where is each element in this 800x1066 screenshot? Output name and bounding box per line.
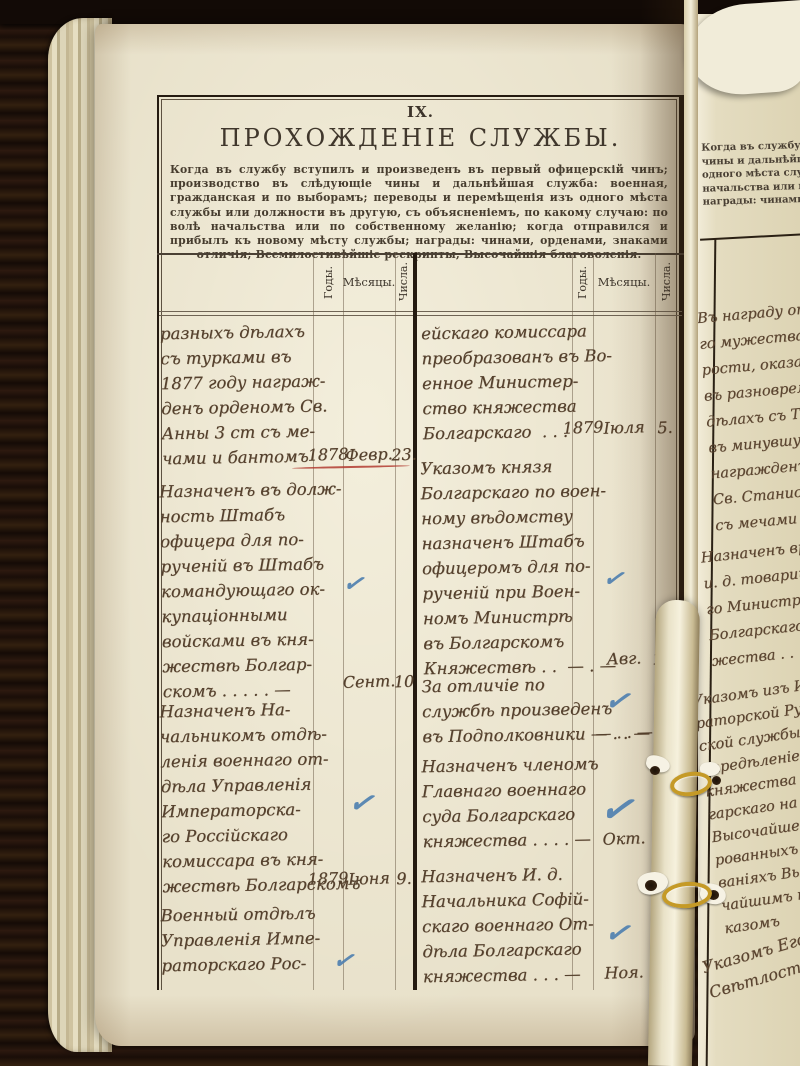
entry-text: Военный отдѣлъ Управленія Импе- раторска… xyxy=(160,901,311,979)
col-header-years: Годы. xyxy=(313,254,343,310)
entry-text: Назначенъ На- чальникомъ отдѣ- ленія вое… xyxy=(159,697,312,900)
col-header-months: Мѣсяцы. xyxy=(343,254,395,310)
entry-text: Назначенъ членомъ Главнаго военнаго суда… xyxy=(421,752,571,855)
binding-hole xyxy=(712,776,721,785)
next-page-handwriting: Назначенъ врем и. д. товарища во го Мини… xyxy=(700,531,800,675)
binding-hole xyxy=(645,880,657,891)
rolled-page-edge xyxy=(648,600,700,1066)
entry-text: За отличіе по службѣ произведенъ въ Подп… xyxy=(421,672,570,750)
entry-text: Назначенъ И. д. Начальника Софій- скаго … xyxy=(421,862,571,990)
next-page-handwriting: Въ награду отли го мужества и рости, ока… xyxy=(698,295,800,540)
entry-text: Указомъ князя Болгарскаго по воен- ному … xyxy=(420,454,572,682)
binding-hole xyxy=(650,766,660,775)
gutter-fold xyxy=(684,0,698,640)
photographed-book: IX. ПРОХОЖДЕНІЕ СЛУЖБЫ. Когда въ службу … xyxy=(0,0,800,1066)
left-page: IX. ПРОХОЖДЕНІЕ СЛУЖБЫ. Когда въ службу … xyxy=(95,24,695,1046)
next-page-printed-line: Когда въ службу всту чины и дальнѣйшая с… xyxy=(701,138,800,209)
next-page-handwriting: Указомъ Его Свѣтлости xyxy=(699,926,800,1006)
page-title: ПРОХОЖДЕНІЕ СЛУЖБЫ. xyxy=(157,124,684,152)
col-header-years: Годы. xyxy=(572,254,593,310)
next-page-edge: Когда въ службу всту чины и дальнѣйшая с… xyxy=(698,14,800,1066)
section-number: IX. xyxy=(157,103,684,121)
table-line xyxy=(159,311,682,312)
table-line xyxy=(159,315,682,316)
entry-text: Назначенъ въ долж- ность Штабъ офицера д… xyxy=(159,477,313,705)
col-header-days: Числа. xyxy=(393,254,413,310)
header-description: Когда въ службу вступилъ и произведенъ в… xyxy=(170,163,668,262)
